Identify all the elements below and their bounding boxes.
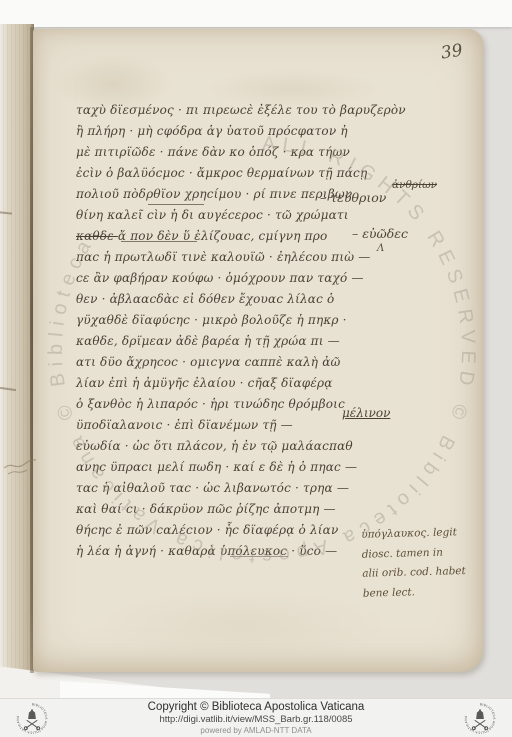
manuscript-line: καὶ θαί ϲι · δάκρϋον πῶϲ ῥίζηϲ ἀποτμη —	[76, 499, 386, 520]
underline-mark	[121, 241, 197, 242]
papal-tiara-icon	[28, 711, 36, 719]
crossed-keys-icon	[474, 720, 486, 728]
digitized-manuscript-view: 39 ταχὺ δϊεσμένος · πι πιρεωϲὲ ἐξέλε του…	[0, 0, 512, 737]
manuscript-line: καθδε, δρϊμεαν ἀδὲ βαρέα ἡ τῇ χρώα πι —	[76, 331, 386, 352]
footer-bar: Copyright © Biblioteca Apostolica Vatica…	[0, 698, 512, 737]
manuscript-line: γϋχαθδὲ δϊαφύϲηϲ · μικρὸ βολοῦζε ἡ πηκρ …	[76, 310, 386, 331]
book-gutter-page-edges	[0, 24, 34, 674]
manuscript-line: θεν · ἀβλααϲδὰϲ εἰ δόθεν ἔχουαϲ λίλαϲ ὁ	[76, 289, 386, 310]
manuscript-line: λίαν ἐπὶ ἡ ἀμϋγῆϲ ἐλαίου · ϲῆαξ δϊαφέρᾳ	[76, 373, 386, 394]
underline-mark	[148, 204, 204, 205]
manuscript-line: ὁ ξανθὸϲ ἡ λιπαρόϲ · ἡρι τινώδηϲ θρόμβοι…	[76, 394, 386, 415]
manuscript-line: θήϲηϲ ἐ πῶν ϲαλέϲιον · ἧϲ δϊαφέρᾳ ὁ λίαν	[76, 520, 386, 541]
footer-copyright: Copyright © Biblioteca Apostolica Vatica…	[0, 701, 512, 713]
manuscript-line: ἡ λέα ἡ ἁγνή · καθαρὰ ὑπόλευκοϲ · ὕϲο —	[76, 541, 386, 562]
manuscript-line: ἢ πλήρη · μὴ ϲφόδρα ἁγ ὑατοῦ πρόϲφατον ἡ	[76, 121, 386, 142]
manuscript-line: ταχὺ δϊεσμένος · πι πιρεωϲὲ ἐξέλε του τὸ…	[76, 100, 386, 121]
margin-note-euodes: – εὐῶδεϲ	[352, 226, 408, 241]
manuscript-line: ϲε ἂν φαβήραν κούφω · ὁμόχρουν παν ταχό …	[76, 268, 386, 289]
manuscript-line: ταϲ ἡ αἰθαλοῦ ταϲ · ὡϲ λιβανωτόϲ · τρηα …	[76, 478, 386, 499]
paper-stain	[93, 589, 393, 659]
vatican-library-seal-right: BIBLIOTECA APOSTOLICA VATICANA	[456, 700, 504, 737]
underline-mark	[230, 556, 288, 557]
page-edge-streaks	[0, 24, 34, 674]
manuscript-line: παϲ ἡ πρωτλωδϊ τινὲ καλουϊῶ · ἐηλέϲου πι…	[76, 247, 386, 268]
manuscript-line: ἐϲὶν ὁ βαλϋόϲμοϲ · ἄμκροϲ θερμαίνων τῇ π…	[76, 163, 386, 184]
key-bow	[24, 727, 27, 730]
manuscript-line: μὲ πιτιρϊῶδε · πάνε δὰν κο ὁπόζ · κρα τή…	[76, 142, 386, 163]
adjacent-leaf-edge	[0, 0, 512, 27]
manuscript-line-with-strikethrough: καθδε ἄ πον δὲν ὕ ἐλίζουαϲ, ϲμίγνη προ	[76, 226, 386, 247]
left-margin-scribble	[0, 436, 42, 476]
margin-note-latin: ὑπόγλαυκος. legit diosc. tamen in alii o…	[361, 522, 493, 603]
vatican-library-seal-left: BIBLIOTECA APOSTOLICA VATICANA	[8, 700, 56, 737]
struck-word: καθδε	[76, 229, 118, 243]
manuscript-text-block: ταχὺ δϊεσμένος · πι πιρεωϲὲ ἐξέλε του τὸ…	[76, 100, 386, 562]
manuscript-line: εὐωδία · ὡϲ ὅτι πλάϲον, ἡ ἐν τῷ μαλάαϲπα…	[76, 436, 386, 457]
manuscript-line: θίνη καλεῖ ϲὶν ἡ δι αυγέϲεροϲ · τῶ χρώμα…	[76, 205, 386, 226]
papal-tiara-icon	[476, 711, 484, 719]
margin-note-melinon: μέλινον	[342, 406, 390, 420]
margin-note-teuthrion: – τεύθριον	[320, 190, 386, 205]
manuscript-line: ϋποδϊαλανοιϲ · ἐπὶ δϊανέμων τῇ —	[76, 415, 386, 436]
footer-powered-by: powered by AMLAD-NTT DATA	[0, 726, 512, 735]
latin-note-line: bene lect.	[363, 581, 493, 604]
folio-number: 39	[440, 40, 465, 63]
margin-note-struck: ἀνθρίων	[392, 179, 437, 191]
manuscript-line: ανηϲ ϋπραϲι μελί πωδη · καί ε δὲ ἡ ὁ πηα…	[76, 457, 386, 478]
manuscript-page: 39 ταχὺ δϊεσμένος · πι πιρεωϲὲ ἐξέλε του…	[33, 29, 483, 672]
footer-url: http://digi.vatlib.it/view/MSS_Barb.gr.1…	[0, 714, 512, 725]
crossed-keys-icon	[26, 720, 38, 728]
manuscript-line: ατι δϋο ἄχρηϲοϲ · ομιϲγνα ϲαππὲ καλὴ ἀῶ	[76, 352, 386, 373]
key-bow	[37, 727, 40, 730]
insertion-caret: Λ	[377, 243, 384, 254]
